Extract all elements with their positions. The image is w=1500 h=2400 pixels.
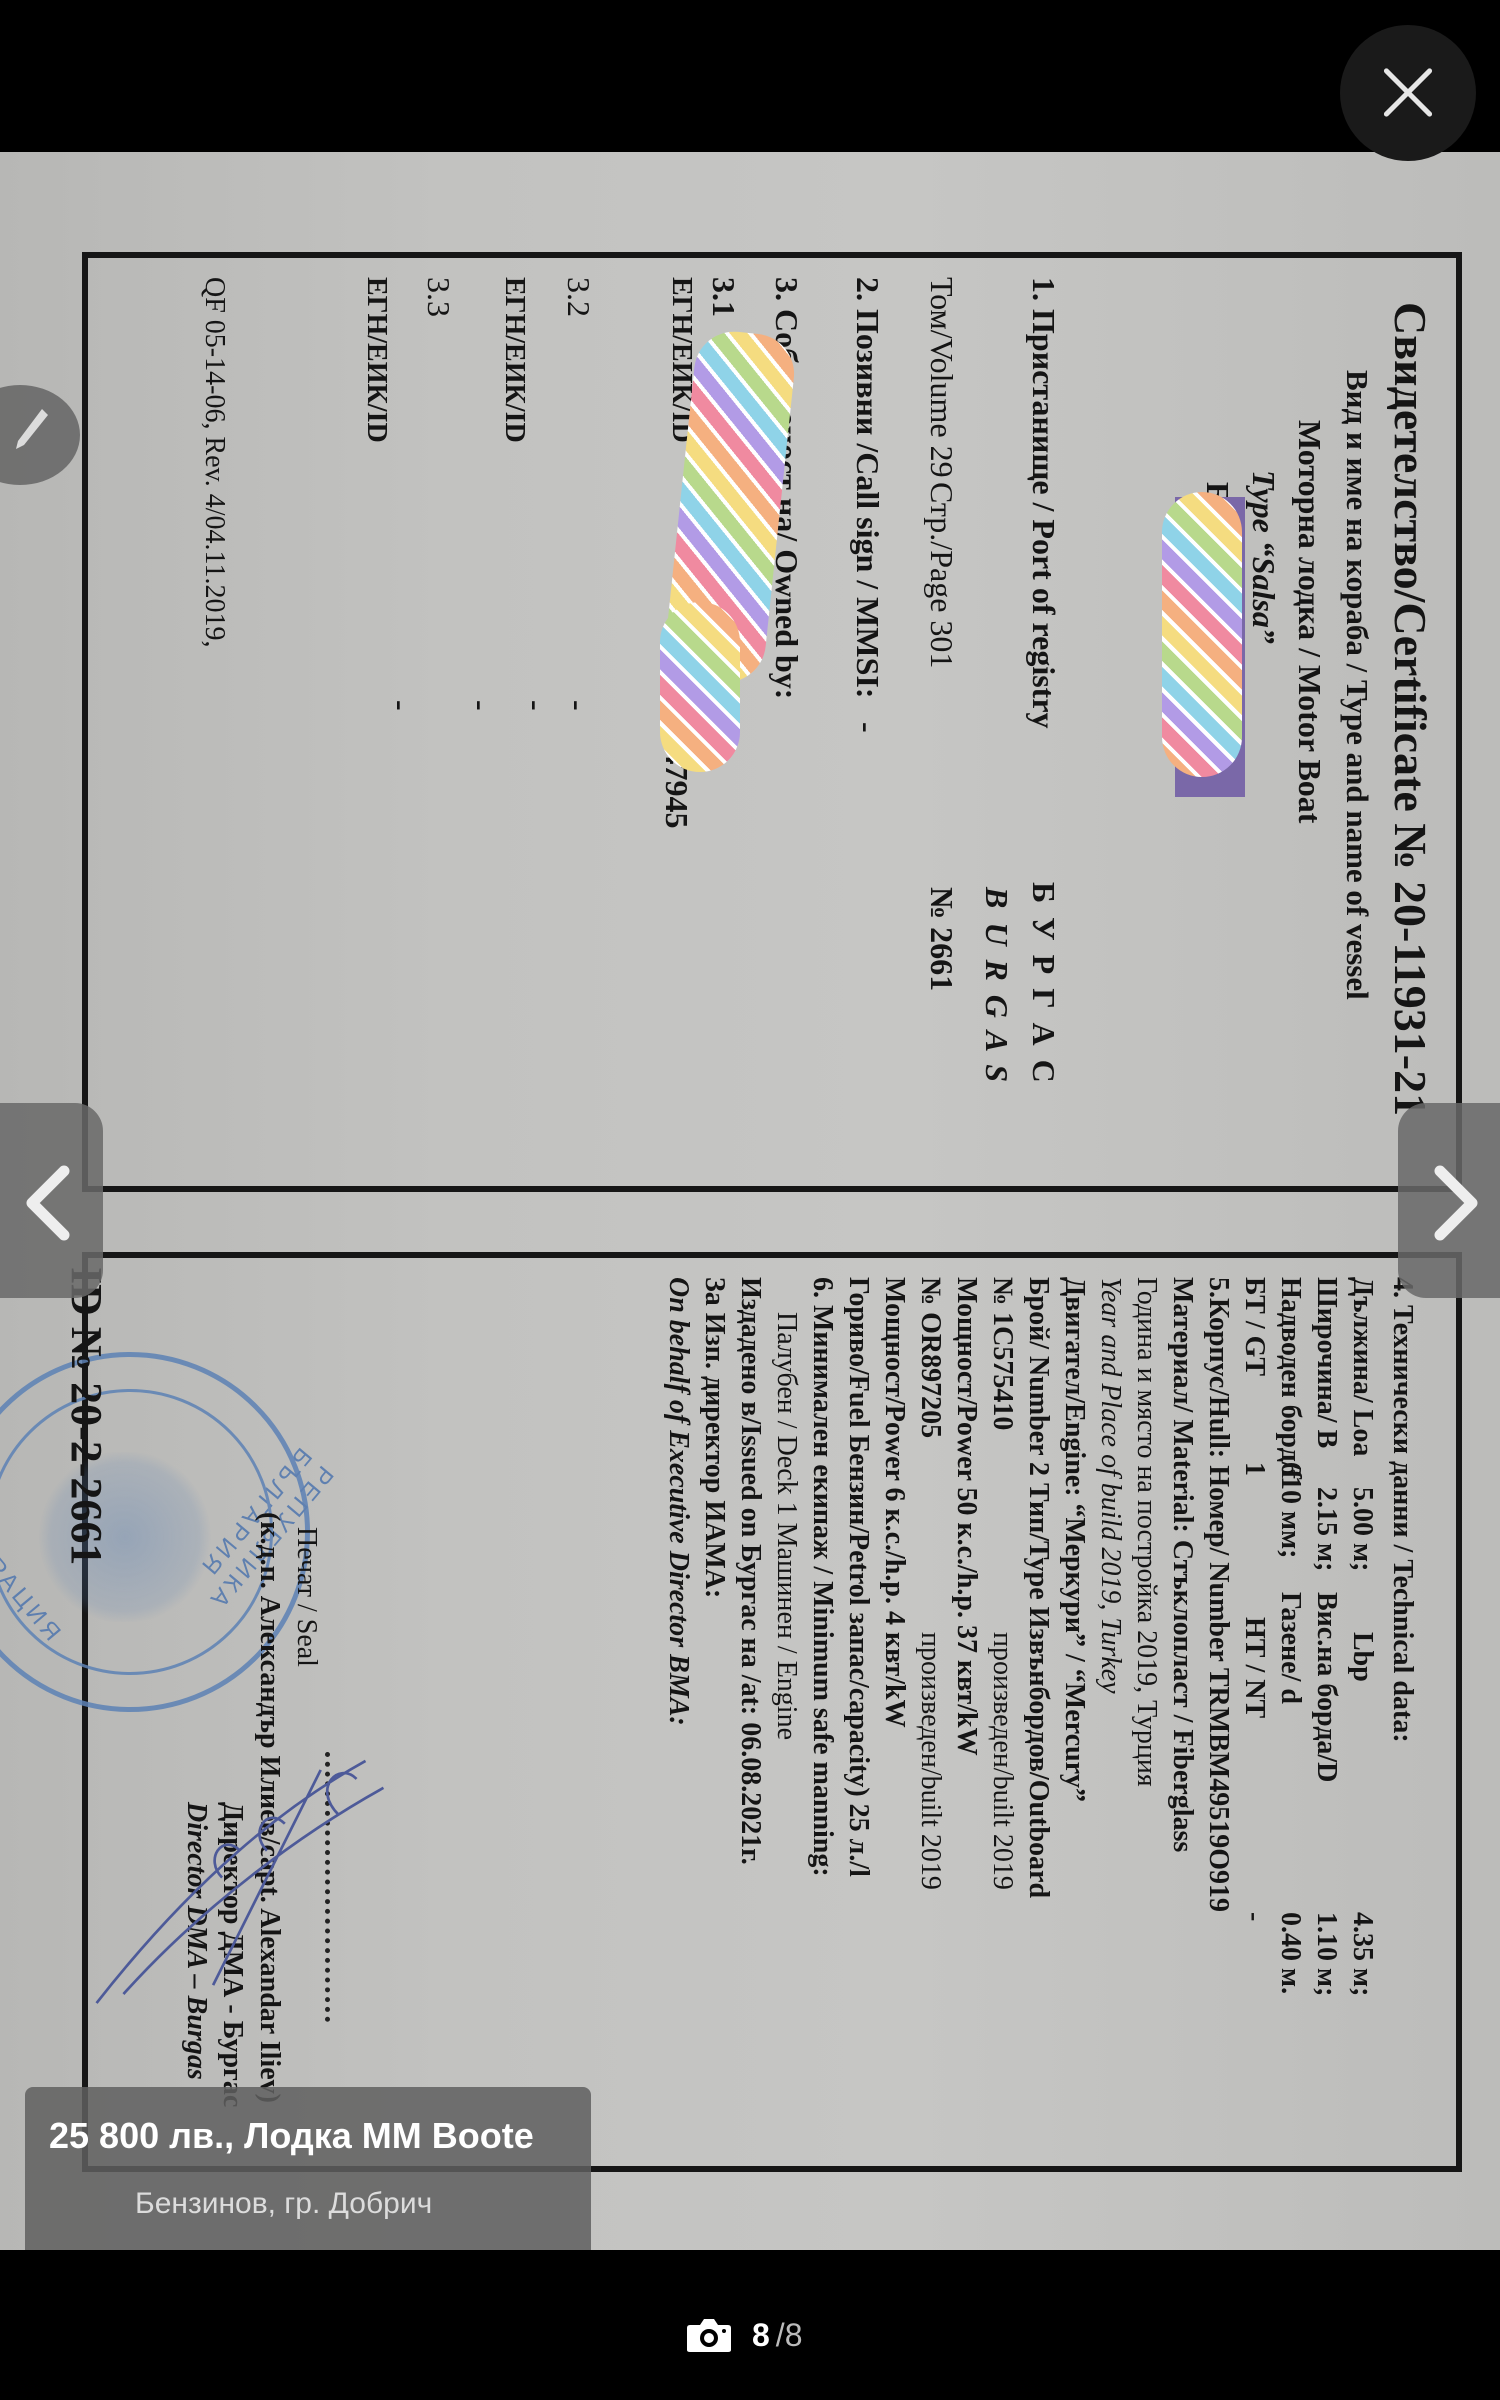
tech-row-label: Дължина/ Loa <box>1346 1277 1378 1456</box>
current-image-number: 8 <box>752 2317 770 2354</box>
certificate-title: Свидетелство/Certificate № 20-11931-21 <box>1384 302 1437 1116</box>
owner-3-1: 3.1 <box>705 277 742 317</box>
port-en: B U R G A S <box>978 887 1015 1085</box>
engine2-built: произведен/built 2019 <box>914 1632 946 1890</box>
image-viewer: Свидетелство/Certificate № 20-11931-21 В… <box>0 0 1500 2400</box>
redaction-sticker <box>660 602 740 772</box>
callsign-label: 2. Позивни /Call sign / MMSI: <box>849 277 886 698</box>
page-number: Стр./Page 301 <box>923 482 960 668</box>
tech-row-value2: - <box>1238 1912 1270 1921</box>
manning-detail: Палубен / Deck 1 Машинен / Engine <box>770 1312 802 1740</box>
tech-heading: 4. Технически данни / Technical data: <box>1386 1277 1418 1743</box>
owner-3-3: 3.3 <box>420 277 457 317</box>
tech-row-label: Надводен борд/f <box>1274 1277 1306 1479</box>
vessel-label: Вид и име на кораба / Type and name of v… <box>1339 370 1375 1000</box>
document-id: ID № 20-2-2661 <box>61 1267 112 1565</box>
fuel: Гориво/Fuel Бензин/Petrol запас/capacity… <box>842 1277 874 1877</box>
engine-count: Брой/ Number 2 Тип/Type Извънбордов/Outb… <box>1022 1277 1054 1898</box>
owner-3-2-id-dash: - <box>518 700 555 711</box>
port-bg: Б У Р Г А С <box>1025 882 1062 1086</box>
volume: Том/Volume 29 <box>923 277 960 478</box>
year-place-en: Year and Place of build 2019, Turkey <box>1094 1277 1126 1694</box>
on-behalf: On behalf of Executive Director BMA: <box>662 1277 694 1726</box>
seal-label: Печат / Seal <box>290 1527 322 1667</box>
engine1-built: произведен/built 2019 <box>986 1632 1018 1890</box>
listing-caption: 25 800 лв., Лодка MM Boote Бензинов, гр.… <box>25 2087 591 2250</box>
for-director: За Изп. директор ИАМА: <box>698 1277 730 1598</box>
camera-icon <box>686 2317 732 2353</box>
tech-row-value: 2.15 м; <box>1310 1487 1342 1571</box>
owner-3-2: 3.2 <box>560 277 597 317</box>
total-images: /8 <box>776 2317 803 2354</box>
certificate-document: Свидетелство/Certificate № 20-11931-21 В… <box>0 152 1500 2250</box>
tech-row-label2: Вис.на борда/D <box>1310 1592 1342 1782</box>
tech-row-value2: 1.10 м; <box>1310 1912 1342 1996</box>
hull-number: 5.Корпус/Hull: Номер/ Number TRMBM49519O… <box>1202 1277 1234 1912</box>
issued: Издадено в/Issued on Бургас на /at: 06.0… <box>734 1277 766 1865</box>
callsign-value: - <box>849 722 886 733</box>
owner-3-3-id-dash: - <box>383 700 420 711</box>
tech-row-label: БТ / GT <box>1238 1277 1270 1376</box>
tech-row-label2: НТ / NT <box>1238 1617 1270 1718</box>
tech-row-value: 1 <box>1238 1462 1270 1476</box>
signature <box>70 1752 410 2012</box>
engine1-number: № 1C575410 <box>986 1277 1018 1430</box>
chevron-left-icon <box>20 1163 76 1243</box>
listing-subtitle: Бензинов, гр. Добрич <box>135 2187 432 2221</box>
owner-3-2-id-label: ЕГН/ЕИК/ID <box>498 277 530 443</box>
year-place-bg: Година и място на постройка 2019, Турция <box>1130 1277 1162 1787</box>
registry-number: № 2661 <box>923 887 960 991</box>
tech-row-value2: 4.35 м; <box>1346 1912 1378 1996</box>
owner-3-3-dash: - <box>463 700 500 711</box>
owner-3-2-dash: - <box>560 700 597 711</box>
tech-row-value: 610 мм; <box>1274 1462 1306 1558</box>
vessel-model: Type “Salsa” <box>1245 470 1282 644</box>
form-footer: QF 05-14-06, Rev. 4/04.11.2019, <box>198 277 230 647</box>
pencil-icon <box>12 405 52 455</box>
next-image-button[interactable] <box>1398 1103 1500 1298</box>
chevron-right-icon <box>1428 1163 1484 1243</box>
tech-row-label2: Lbp <box>1346 1632 1378 1682</box>
redaction-sticker <box>1162 492 1242 777</box>
document-photo: Свидетелство/Certificate № 20-11931-21 В… <box>0 152 1500 2250</box>
previous-image-button[interactable] <box>0 1103 103 1298</box>
engine2-power: Мощност/Power 6 к.с./h.p. 4 квт/kW <box>878 1277 910 1728</box>
tech-row-label2: Газене/ d <box>1274 1592 1306 1704</box>
listing-title: 25 800 лв., Лодка MM Boote <box>49 2115 534 2157</box>
manning-heading: 6. Минимален екипаж / Minimum safe manni… <box>806 1277 838 1877</box>
engine2-number: № OR897205 <box>914 1277 946 1438</box>
owner-3-3-id-label: ЕГН/ЕИК/ID <box>360 277 392 443</box>
engine1-power: Мощност/Power 50 к.с./h.p. 37 квт/kW <box>950 1277 982 1756</box>
tech-row-value: 5.00 м; <box>1346 1487 1378 1571</box>
engine: Двигател/Engine: “Меркури” / “Mercury” <box>1058 1277 1090 1802</box>
port-label: 1. Пристанище / Port of registry <box>1025 277 1062 729</box>
tech-row-label: Широчина/ B <box>1310 1277 1342 1448</box>
close-button[interactable] <box>1340 25 1476 161</box>
material: Материал/ Material: Стъклопласт / Fiberg… <box>1166 1277 1198 1852</box>
vessel-type: Моторна лодка / Motor Boat <box>1291 420 1328 823</box>
tech-row-value2: 0.40 м. <box>1274 1912 1306 1994</box>
image-counter: 8 /8 <box>686 2310 802 2360</box>
